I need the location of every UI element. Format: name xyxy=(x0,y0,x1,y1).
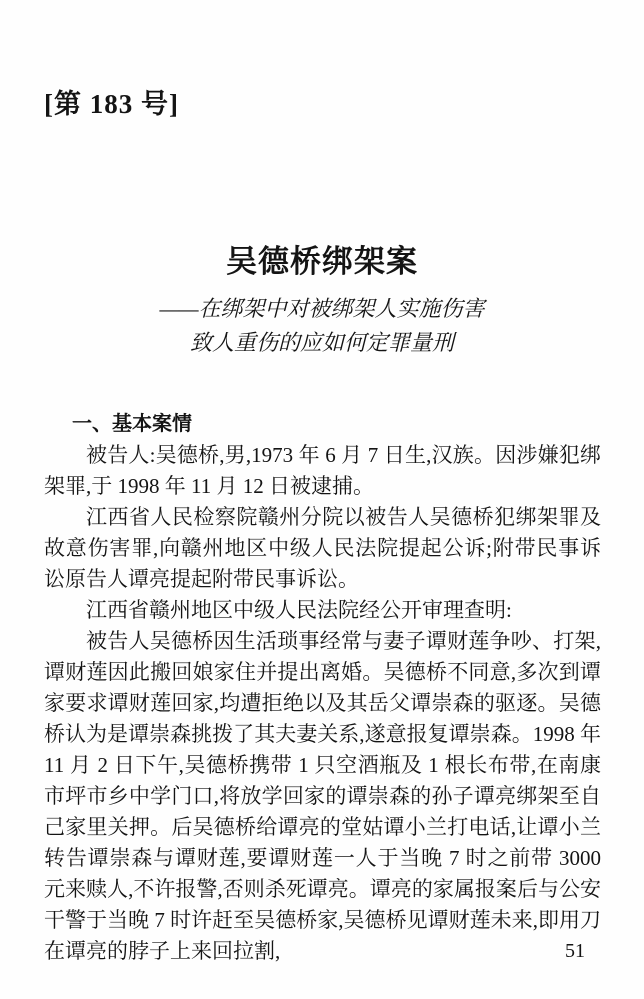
case-subtitle-line-1: ——在绑架中对被绑架人实施伤害 xyxy=(0,292,644,326)
page-number: 51 xyxy=(565,940,585,963)
paragraph-defendant-info: 被告人:吴德桥,男,1973 年 6 月 7 日生,汉族。因涉嫌犯绑架罪,于 1… xyxy=(44,440,601,502)
section-heading-basic-facts: 一、基本案情 xyxy=(72,409,601,440)
book-page: [第 183 号] 吴德桥绑架案 ——在绑架中对被绑架人实施伤害 致人重伤的应如… xyxy=(0,0,644,999)
case-number: [第 183 号] xyxy=(44,82,179,121)
case-title: 吴德桥绑架案 xyxy=(0,236,644,281)
case-subtitle-line-2: 致人重伤的应如何定罪量刑 xyxy=(0,326,644,360)
case-subtitle: ——在绑架中对被绑架人实施伤害 致人重伤的应如何定罪量刑 xyxy=(0,292,644,360)
title-block: 吴德桥绑架案 ——在绑架中对被绑架人实施伤害 致人重伤的应如何定罪量刑 xyxy=(0,236,644,360)
paragraph-case-facts: 被告人吴德桥因生活琐事经常与妻子谭财莲争吵、打架,谭财莲因此搬回娘家住并提出离婚… xyxy=(44,626,601,967)
paragraph-prosecution: 江西省人民检察院赣州分院以被告人吴德桥犯绑架罪及故意伤害罪,向赣州地区中级人民法… xyxy=(44,502,601,595)
case-body: 一、基本案情 被告人:吴德桥,男,1973 年 6 月 7 日生,汉族。因涉嫌犯… xyxy=(44,409,601,967)
paragraph-court-hearing: 江西省赣州地区中级人民法院经公开审理查明: xyxy=(44,595,601,626)
